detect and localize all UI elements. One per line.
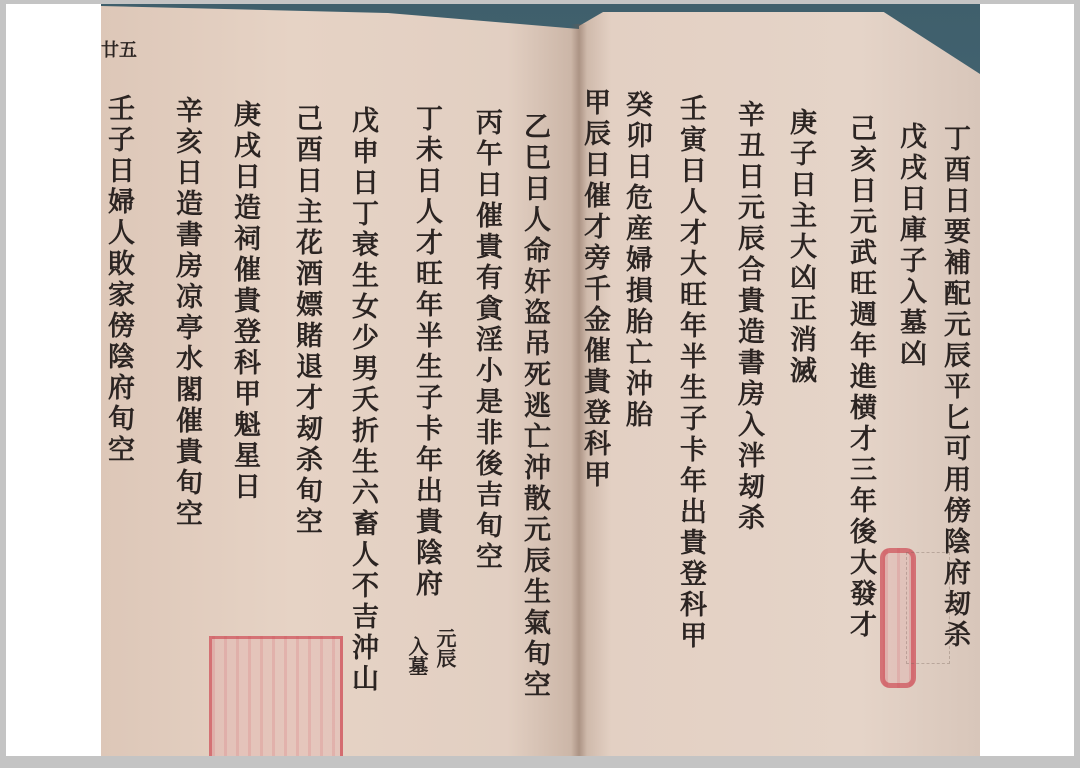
right-col-5: 辛丑日元辰合貴造書房入泮刼杀 (735, 100, 762, 534)
right-col-4: 庚子日主大凶正消滅 (787, 108, 814, 387)
left-col-3-note-left: 入墓 (407, 636, 427, 676)
right-col-6: 壬寅日人才大旺年半生子卡年出貴登科甲 (677, 94, 704, 652)
square-seal (209, 636, 343, 756)
left-col-8: 壬子日婦人敗家傍陰府旬空 (105, 94, 132, 466)
folio-mark: 廿五 (101, 36, 137, 62)
manuscript-photo: 廿五 丁酉日要補配元辰平匕可用傍陰府刼杀 戊戌日庫子入墓凶 己亥日元武旺週年進横… (101, 4, 980, 756)
left-col-5: 己酉日主花酒嫖賭退才刼杀旬空 (293, 104, 320, 538)
left-col-7: 辛亥日造書房凉亭水閣催貴旬空 (173, 96, 200, 530)
left-col-3: 丁未日人才旺年半生子卡年出貴陰府 (413, 104, 440, 600)
left-col-3-note-right: 元辰 (435, 628, 455, 668)
right-col-7: 癸卯日危産婦損胎亡沖胎 (623, 90, 650, 431)
left-col-6: 庚戌日造祠催貴登科甲魁星日 (231, 100, 258, 503)
left-col-2: 丙午日催貴有貪淫小是非後吉旬空 (473, 108, 500, 573)
right-col-3: 己亥日元武旺週年進横才三年後大發才 (847, 114, 874, 641)
left-col-1: 乙巳日人命奸盗吊死逃亡沖散元辰生氣旬空 (521, 112, 548, 701)
faded-seal-impression (906, 552, 950, 664)
right-col-8: 甲辰日催才旁千金催貴登科甲 (581, 88, 608, 491)
right-col-2: 戊戌日庫子入墓凶 (897, 122, 924, 370)
left-col-4: 戊申日丁衰生女少男夭折生六畜人不吉沖山 (349, 106, 376, 695)
